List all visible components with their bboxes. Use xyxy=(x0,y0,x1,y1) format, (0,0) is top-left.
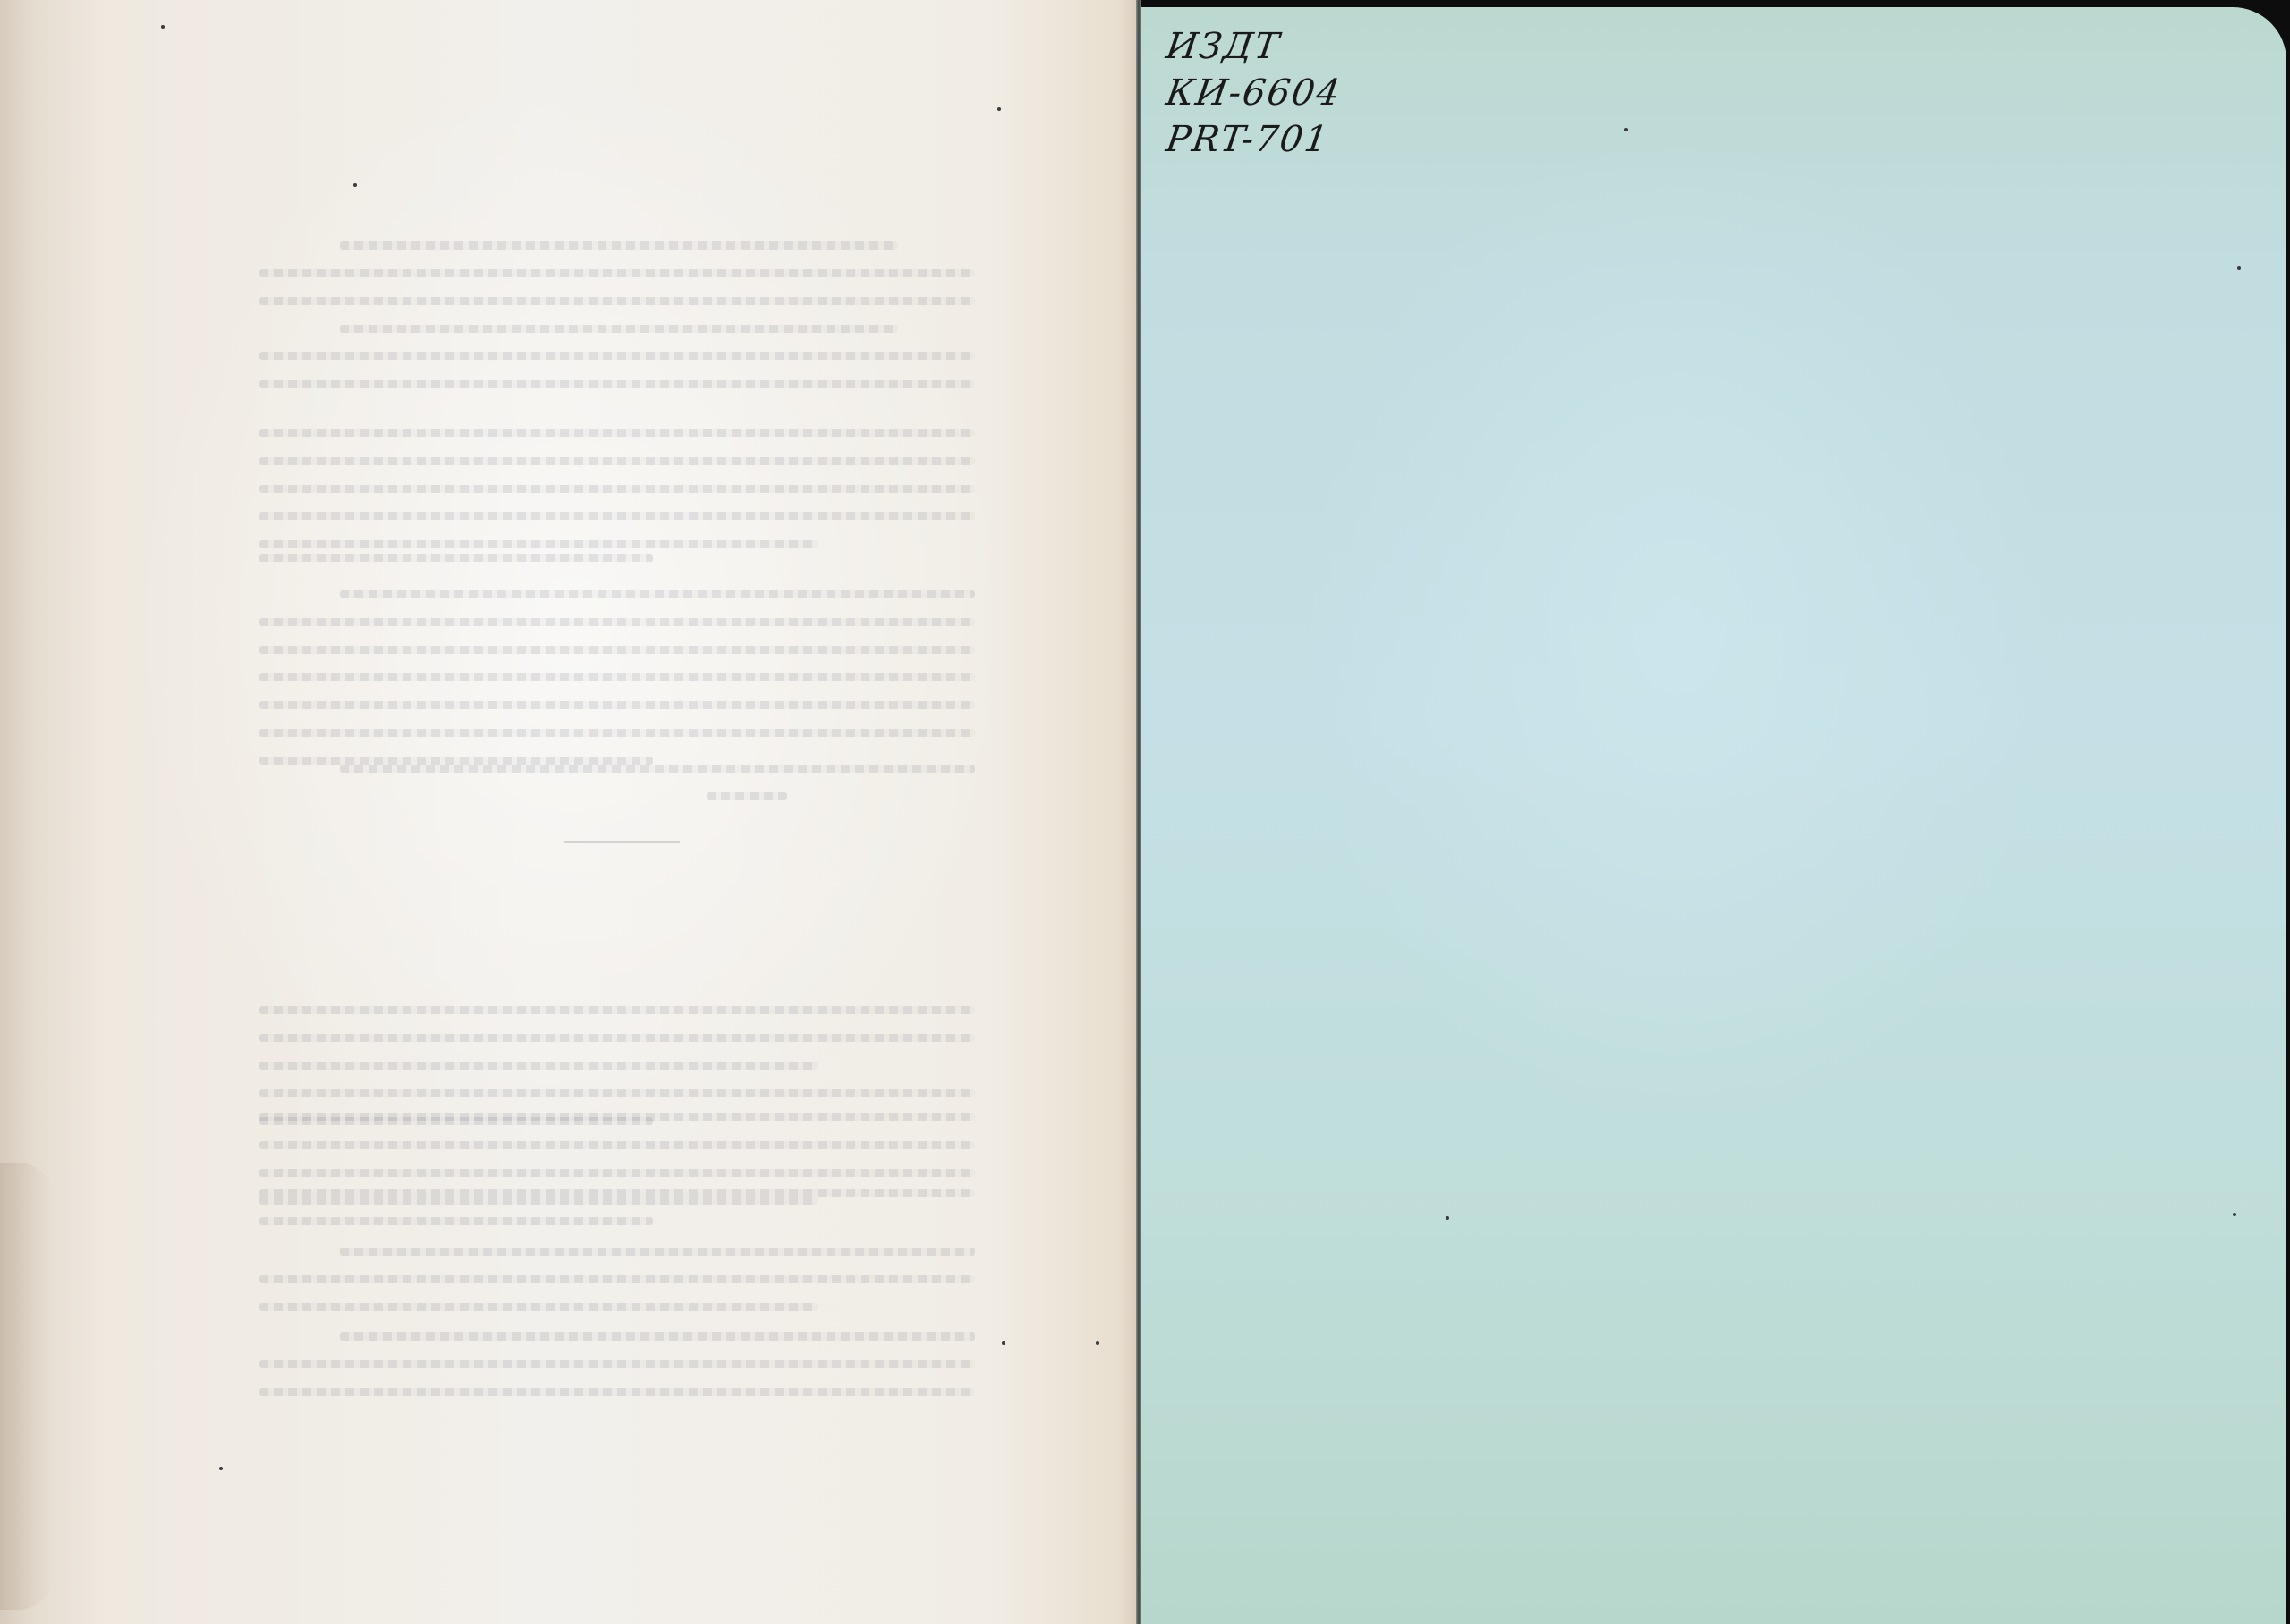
handwritten-line-3: PRT-701 xyxy=(1163,116,1344,163)
cover-page: ИЗДТ КИ-6604 PRT-701 xyxy=(1141,7,2286,1624)
faint-paragraph-4 xyxy=(259,765,975,820)
faint-paragraph-9 xyxy=(259,1332,975,1416)
paper-speck xyxy=(1002,1341,1005,1345)
faint-paragraph-2 xyxy=(259,429,975,568)
paper-speck xyxy=(219,1467,223,1470)
paper-speck xyxy=(997,107,1001,111)
faint-paragraph-7 xyxy=(259,1189,975,1245)
handwritten-line-1: ИЗДТ xyxy=(1163,23,1344,70)
paper-speck xyxy=(1446,1216,1449,1220)
faint-paragraph-1 xyxy=(259,241,975,408)
paper-speck xyxy=(161,25,165,29)
handwritten-line-2: КИ-6604 xyxy=(1163,70,1344,116)
paper-speck xyxy=(353,183,357,187)
left-page xyxy=(0,0,1138,1624)
faint-heading xyxy=(259,554,975,582)
paper-speck xyxy=(1096,1341,1099,1345)
paper-speck xyxy=(2237,266,2241,270)
faint-paragraph-3 xyxy=(259,590,975,784)
paper-speck xyxy=(2233,1213,2236,1216)
document-spread: ИЗДТ КИ-6604 PRT-701 xyxy=(0,0,2290,1624)
faint-separator-rule xyxy=(564,841,680,843)
paper-speck xyxy=(1624,128,1628,131)
handwritten-catalog-note: ИЗДТ КИ-6604 PRT-701 xyxy=(1166,23,1341,163)
faint-paragraph-8 xyxy=(259,1248,975,1331)
